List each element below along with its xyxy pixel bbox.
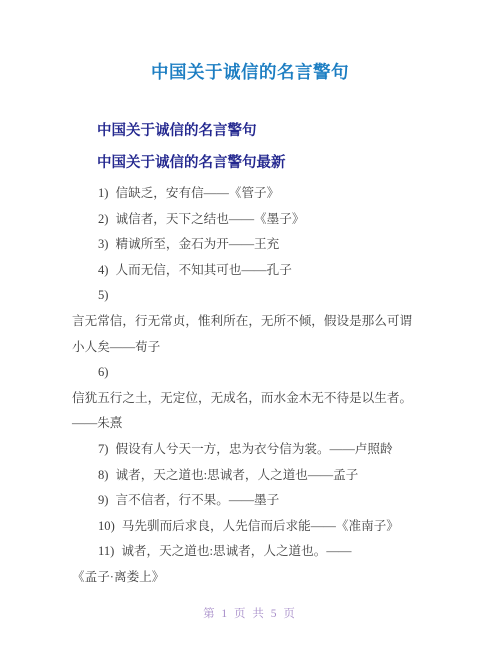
quote-line: 4)人而无信，不知其可也——孔子 <box>72 258 432 284</box>
document-title: 中国关于诚信的名言警句 <box>0 59 500 84</box>
quote-line: 5) <box>72 283 432 309</box>
quote-line: 1)信缺乏，安有信——《管子》 <box>72 181 432 207</box>
line-text: 马先驯而后求良，人先信而后求能——《准南子》 <box>122 519 399 533</box>
quote-line: 2)诚信者，天下之结也——《墨子》 <box>72 207 432 233</box>
line-marker: 3) <box>98 237 109 251</box>
line-text: 诚者，天之道也:思诚者，人之道也——孟子 <box>116 468 359 482</box>
line-marker: 8) <box>98 468 109 482</box>
line-marker: 9) <box>98 493 109 507</box>
quote-line: 言无常信，行无常贞，惟利所在，无所不倾，假设是那么可谓 <box>72 309 432 335</box>
line-text: 假设有人兮天一方，忠为衣兮信为裳。——卢照龄 <box>116 442 393 456</box>
line-marker: 7) <box>98 442 109 456</box>
section-heading-main: 中国关于诚信的名言警句 <box>97 119 257 140</box>
line-marker: 4) <box>98 263 109 277</box>
line-text: 诚者，天之道也:思诚者，人之道也。—— <box>121 544 351 558</box>
line-text: 信缺乏，安有信——《管子》 <box>116 186 280 200</box>
document-page: 中国关于诚信的名言警句 中国关于诚信的名言警句 中国关于诚信的名言警句最新 1)… <box>0 0 500 647</box>
line-text: 诚信者，天下之结也——《墨子》 <box>116 212 305 226</box>
section-heading-latest: 中国关于诚信的名言警句最新 <box>97 151 286 172</box>
page-footer: 第 1 页 共 5 页 <box>0 605 500 621</box>
line-marker: 11) <box>98 544 114 558</box>
line-text: 人而无信，不知其可也——孔子 <box>116 263 292 277</box>
quote-line: ——朱熹 <box>72 411 432 437</box>
line-marker: 1) <box>98 186 109 200</box>
quote-line: 7)假设有人兮天一方，忠为衣兮信为裳。——卢照龄 <box>72 437 432 463</box>
line-text: 信犹五行之土，无定位，无成名，而水金木无不待是以生者。 <box>72 391 412 405</box>
line-text: 精诚所至，金石为开——王充 <box>116 237 280 251</box>
line-text: ——朱熹 <box>72 416 122 430</box>
line-marker: 6) <box>98 365 109 379</box>
quote-line: 6) <box>72 360 432 386</box>
quote-line: 信犹五行之土，无定位，无成名，而水金木无不待是以生者。 <box>72 386 432 412</box>
quote-line: 小人矣——荀子 <box>72 335 432 361</box>
quote-list: 1)信缺乏，安有信——《管子》2)诚信者，天下之结也——《墨子》3)精诚所至，金… <box>72 181 432 591</box>
line-text: 言不信者，行不果。——墨子 <box>116 493 280 507</box>
line-text: 小人矣——荀子 <box>72 340 160 354</box>
quote-line: 10)马先驯而后求良，人先信而后求能——《准南子》 <box>72 514 432 540</box>
quote-line: 9)言不信者，行不果。——墨子 <box>72 488 432 514</box>
line-marker: 5) <box>98 288 109 302</box>
quote-line: 3)精诚所至，金石为开——王充 <box>72 232 432 258</box>
line-marker: 2) <box>98 212 109 226</box>
quote-line: 8)诚者，天之道也:思诚者，人之道也——孟子 <box>72 463 432 489</box>
quote-line: 11)诚者，天之道也:思诚者，人之道也。—— <box>72 539 432 565</box>
line-text: 言无常信，行无常贞，惟利所在，无所不倾，假设是那么可谓 <box>72 314 412 328</box>
line-marker: 10) <box>98 519 115 533</box>
line-text: 《孟子·离娄上》 <box>72 570 164 584</box>
quote-line: 《孟子·离娄上》 <box>72 565 432 591</box>
